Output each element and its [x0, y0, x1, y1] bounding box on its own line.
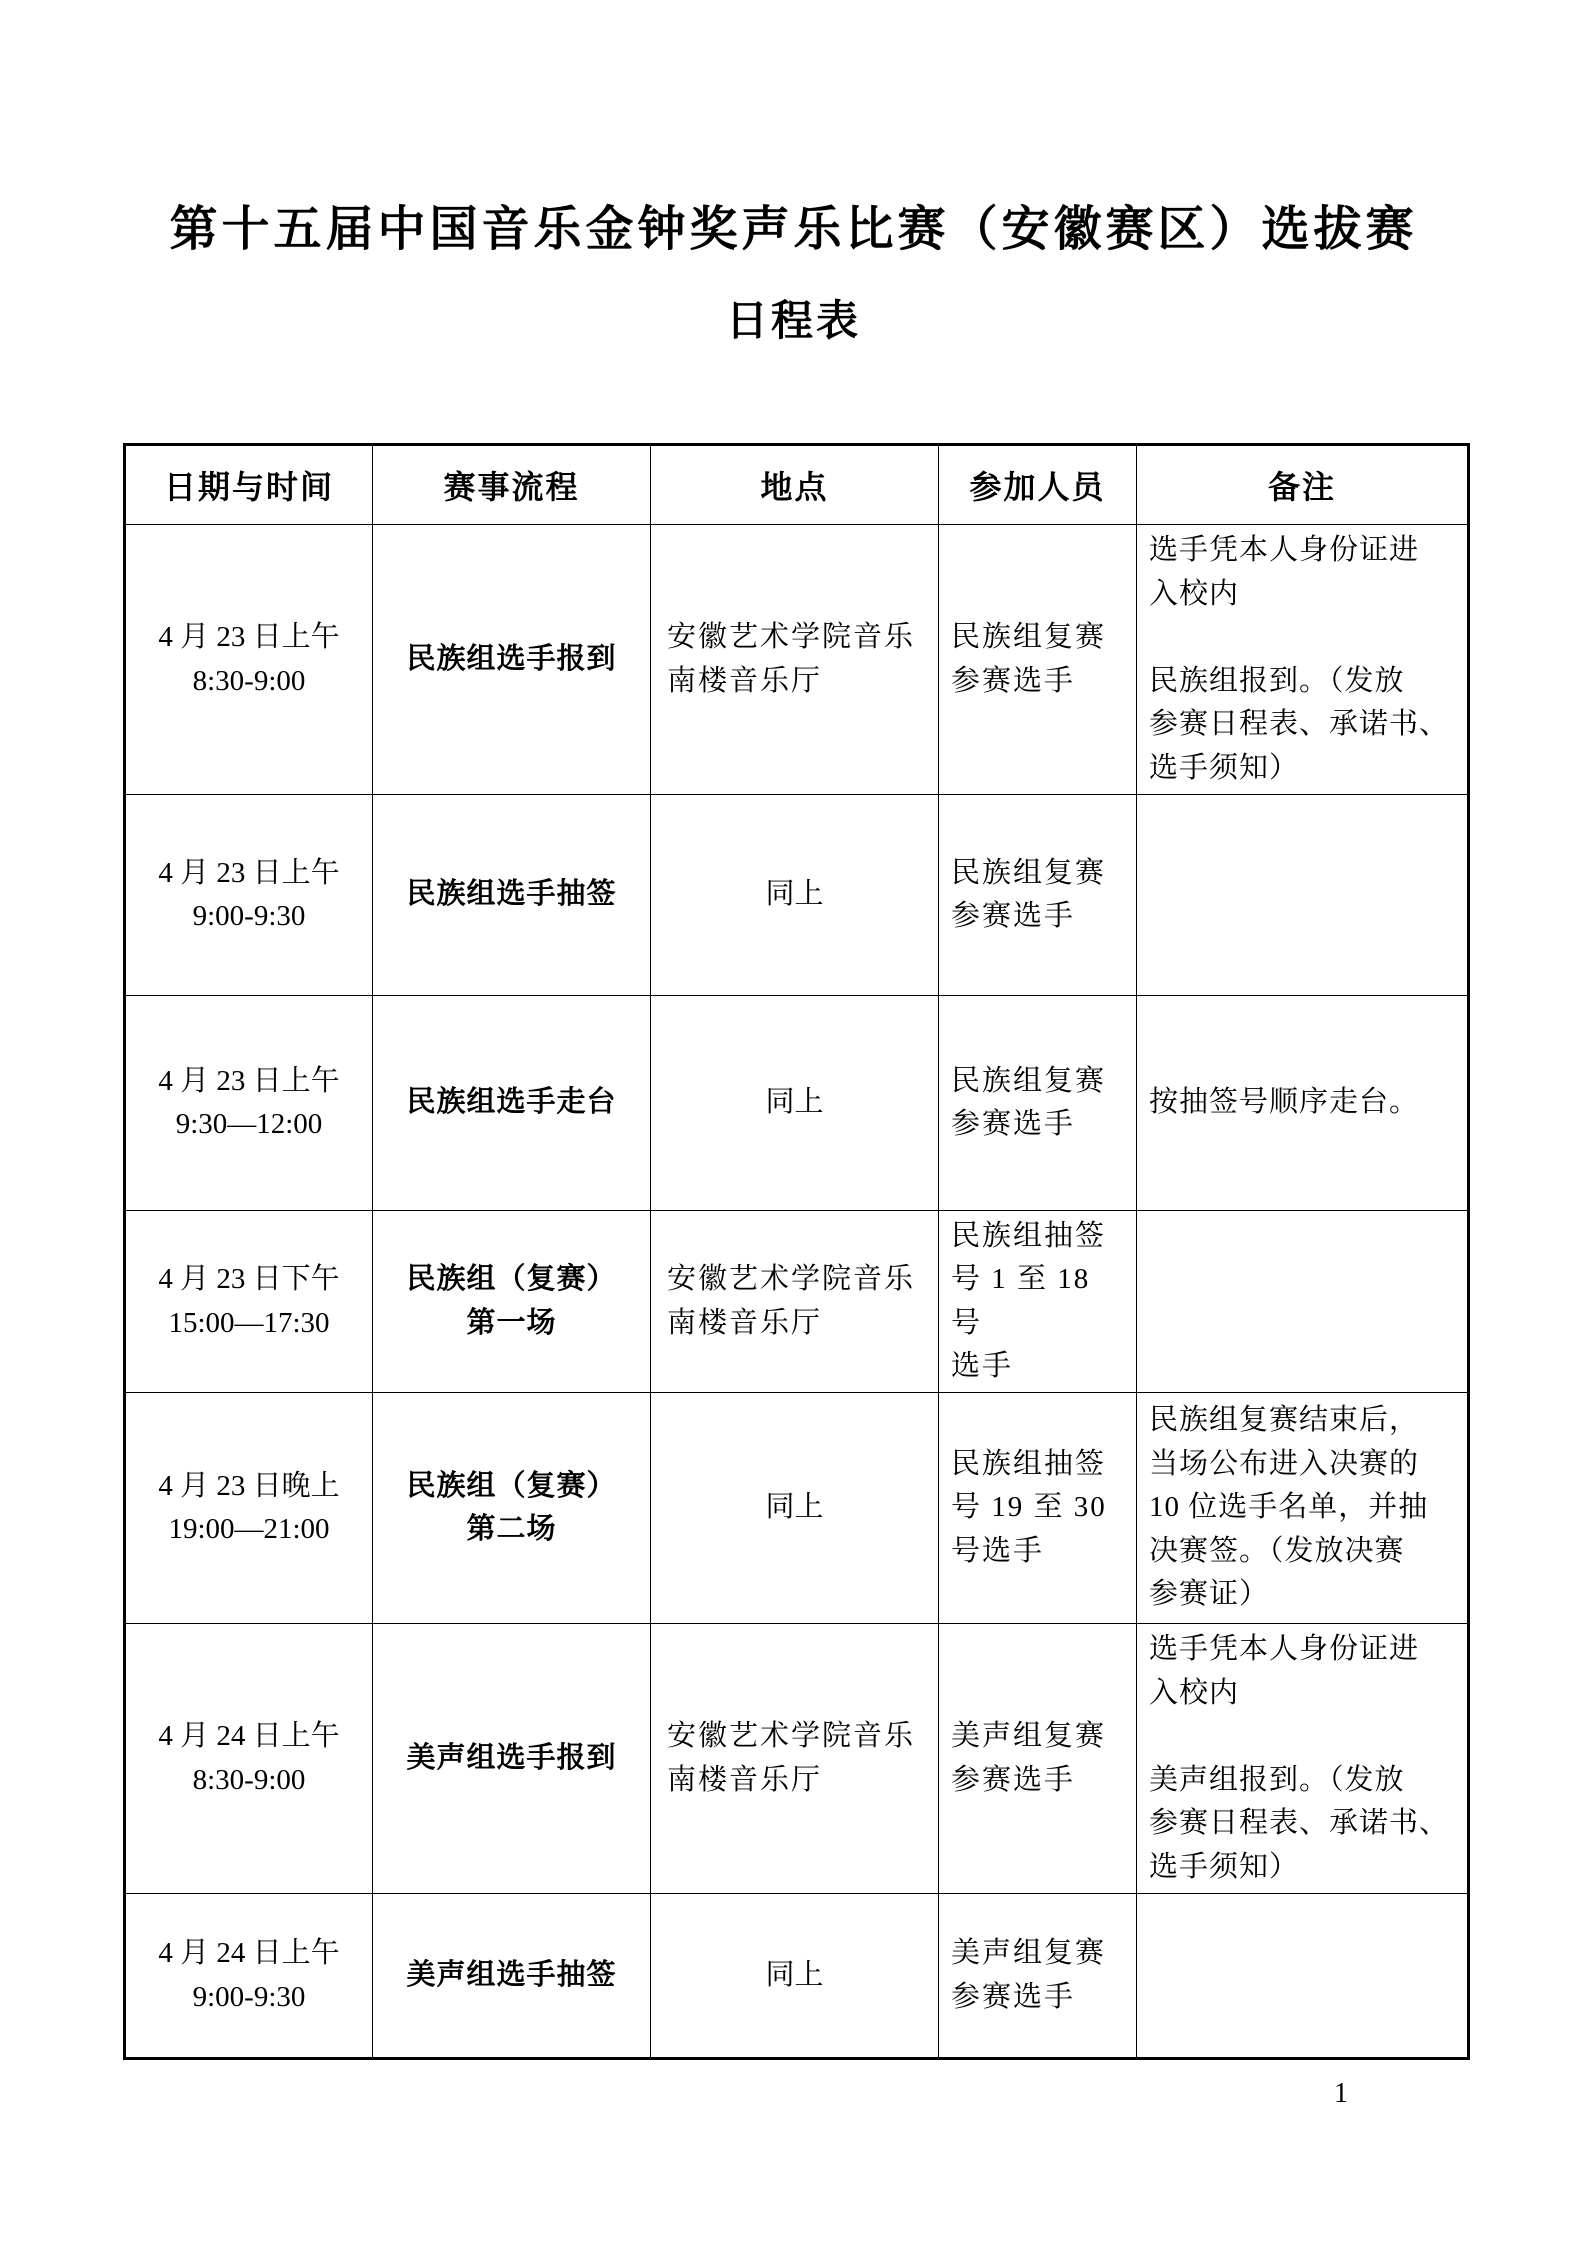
- table-row: 4 月 23 日上午 8:30-9:00 民族组选手报到 安徽艺术学院音乐 南楼…: [125, 525, 1469, 795]
- document-title: 第十五届中国音乐金钟奖声乐比赛（安徽赛区）选拔赛: [0, 202, 1587, 257]
- cell-datetime: 4 月 24 日上午 9:00-9:30: [125, 1894, 373, 2059]
- cell-remarks: 选手凭本人身份证进 入校内 民族组报到。（发放 参赛日程表、承诺书、 选手须知）: [1137, 525, 1469, 795]
- cell-event: 民族组选手报到: [373, 525, 651, 795]
- cell-location: 安徽艺术学院音乐 南楼音乐厅: [651, 1211, 939, 1393]
- cell-datetime: 4 月 23 日上午 9:30—12:00: [125, 996, 373, 1211]
- cell-event: 美声组选手抽签: [373, 1894, 651, 2059]
- cell-remarks: [1137, 1894, 1469, 2059]
- cell-participants: 民族组复赛 参赛选手: [939, 795, 1137, 996]
- document-subtitle: 日程表: [0, 288, 1587, 348]
- cell-event: 民族组（复赛） 第二场: [373, 1393, 651, 1624]
- col-header-event: 赛事流程: [373, 445, 651, 525]
- cell-participants: 民族组抽签 号 1 至 18 号 选手: [939, 1211, 1137, 1393]
- cell-datetime: 4 月 23 日晚上 19:00—21:00: [125, 1393, 373, 1624]
- cell-remarks: 选手凭本人身份证进 入校内 美声组报到。（发放 参赛日程表、承诺书、 选手须知）: [1137, 1624, 1469, 1894]
- cell-event: 民族组（复赛） 第一场: [373, 1211, 651, 1393]
- col-header-location: 地点: [651, 445, 939, 525]
- cell-location: 安徽艺术学院音乐 南楼音乐厅: [651, 525, 939, 795]
- cell-datetime: 4 月 23 日上午 9:00-9:30: [125, 795, 373, 996]
- col-header-participants: 参加人员: [939, 445, 1137, 525]
- cell-participants: 民族组抽签 号 19 至 30 号选手: [939, 1393, 1137, 1624]
- table-row: 4 月 24 日上午 9:00-9:30 美声组选手抽签 同上 美声组复赛 参赛…: [125, 1894, 1469, 2059]
- cell-location: 同上: [651, 1894, 939, 2059]
- schedule-table: 日期与时间 赛事流程 地点 参加人员 备注 4 月 23 日上午 8:30-9:…: [123, 443, 1470, 2060]
- cell-remarks: [1137, 1211, 1469, 1393]
- cell-participants: 民族组复赛 参赛选手: [939, 996, 1137, 1211]
- cell-location: 安徽艺术学院音乐 南楼音乐厅: [651, 1624, 939, 1894]
- cell-remarks: [1137, 795, 1469, 996]
- col-header-remarks: 备注: [1137, 445, 1469, 525]
- table-row: 4 月 23 日下午 15:00—17:30 民族组（复赛） 第一场 安徽艺术学…: [125, 1211, 1469, 1393]
- cell-location: 同上: [651, 996, 939, 1211]
- cell-remarks: 民族组复赛结束后， 当场公布进入决赛的 10 位选手名单，并抽 决赛签。（发放决…: [1137, 1393, 1469, 1624]
- cell-participants: 美声组复赛 参赛选手: [939, 1894, 1137, 2059]
- cell-remarks: 按抽签号顺序走台。: [1137, 996, 1469, 1211]
- cell-datetime: 4 月 24 日上午 8:30-9:00: [125, 1624, 373, 1894]
- table-row: 4 月 23 日晚上 19:00—21:00 民族组（复赛） 第二场 同上 民族…: [125, 1393, 1469, 1624]
- cell-event: 民族组选手抽签: [373, 795, 651, 996]
- table-row: 4 月 23 日上午 9:30—12:00 民族组选手走台 同上 民族组复赛 参…: [125, 996, 1469, 1211]
- page-number: 1: [1326, 2078, 1356, 2110]
- cell-participants: 民族组复赛 参赛选手: [939, 525, 1137, 795]
- table-header-row: 日期与时间 赛事流程 地点 参加人员 备注: [125, 445, 1469, 525]
- cell-event: 美声组选手报到: [373, 1624, 651, 1894]
- cell-datetime: 4 月 23 日上午 8:30-9:00: [125, 525, 373, 795]
- cell-location: 同上: [651, 1393, 939, 1624]
- col-header-datetime: 日期与时间: [125, 445, 373, 525]
- cell-participants: 美声组复赛 参赛选手: [939, 1624, 1137, 1894]
- cell-location: 同上: [651, 795, 939, 996]
- table-row: 4 月 23 日上午 9:00-9:30 民族组选手抽签 同上 民族组复赛 参赛…: [125, 795, 1469, 996]
- cell-event: 民族组选手走台: [373, 996, 651, 1211]
- document-page: 第十五届中国音乐金钟奖声乐比赛（安徽赛区）选拔赛 日程表 日期与时间 赛事流程 …: [0, 0, 1587, 2245]
- table-row: 4 月 24 日上午 8:30-9:00 美声组选手报到 安徽艺术学院音乐 南楼…: [125, 1624, 1469, 1894]
- cell-datetime: 4 月 23 日下午 15:00—17:30: [125, 1211, 373, 1393]
